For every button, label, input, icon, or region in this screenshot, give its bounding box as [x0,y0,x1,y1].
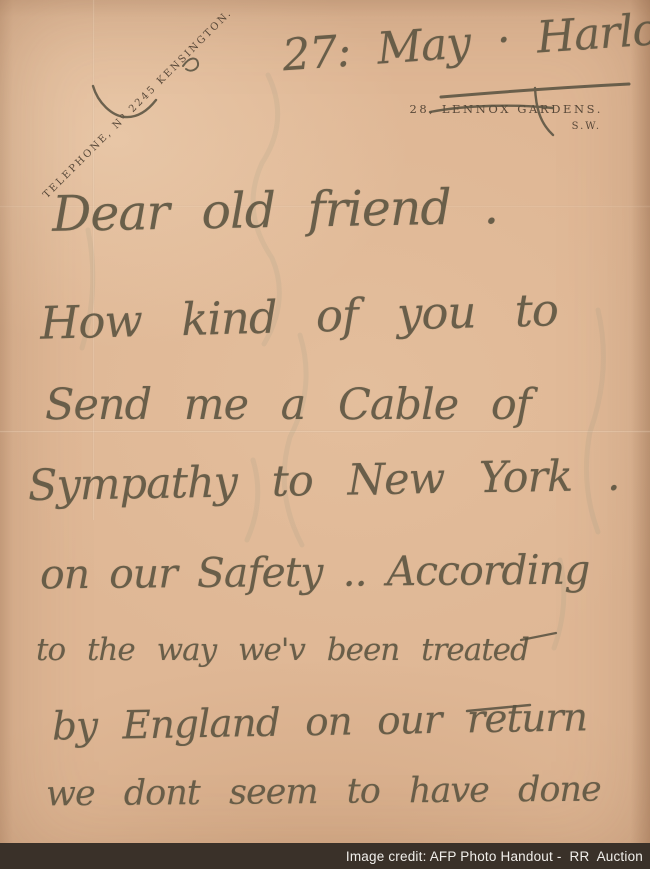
letter-line-6: to the way we'v been treated [36,632,529,668]
letter-line-3: Send me a Cable of [45,380,531,430]
handwritten-date-place: 27: May · Harlow [281,2,650,82]
letter-line-5: on our Safety .. According [40,546,590,599]
letter-photograph: TELEPHONE, Nº 2245 KENSINGTON. 28, LENNO… [0,0,650,869]
image-credit-text: Image credit: AFP Photo Handout - RR Auc… [346,849,643,864]
letter-line-2: How kind of you to [39,283,558,350]
fold-crease-vertical [92,0,95,520]
date-underline-stroke [441,84,629,97]
letterhead-telephone: TELEPHONE, Nº 2245 KENSINGTON. [41,23,218,200]
letter-line-7: by England on our return [52,695,588,749]
letterhead-district: S.W. [572,121,601,132]
fold-crease-horizontal [0,430,650,433]
image-credit-bar: Image credit: AFP Photo Handout - RR Auc… [0,843,650,869]
letter-line-8: we dont seem to have done [46,770,601,815]
letter-line-4: Sympathy to New York . [28,451,620,511]
letterhead-address: 28, LENNOX GARDENS. [409,102,603,116]
letter-line-1: Dear old friend . [52,178,499,243]
